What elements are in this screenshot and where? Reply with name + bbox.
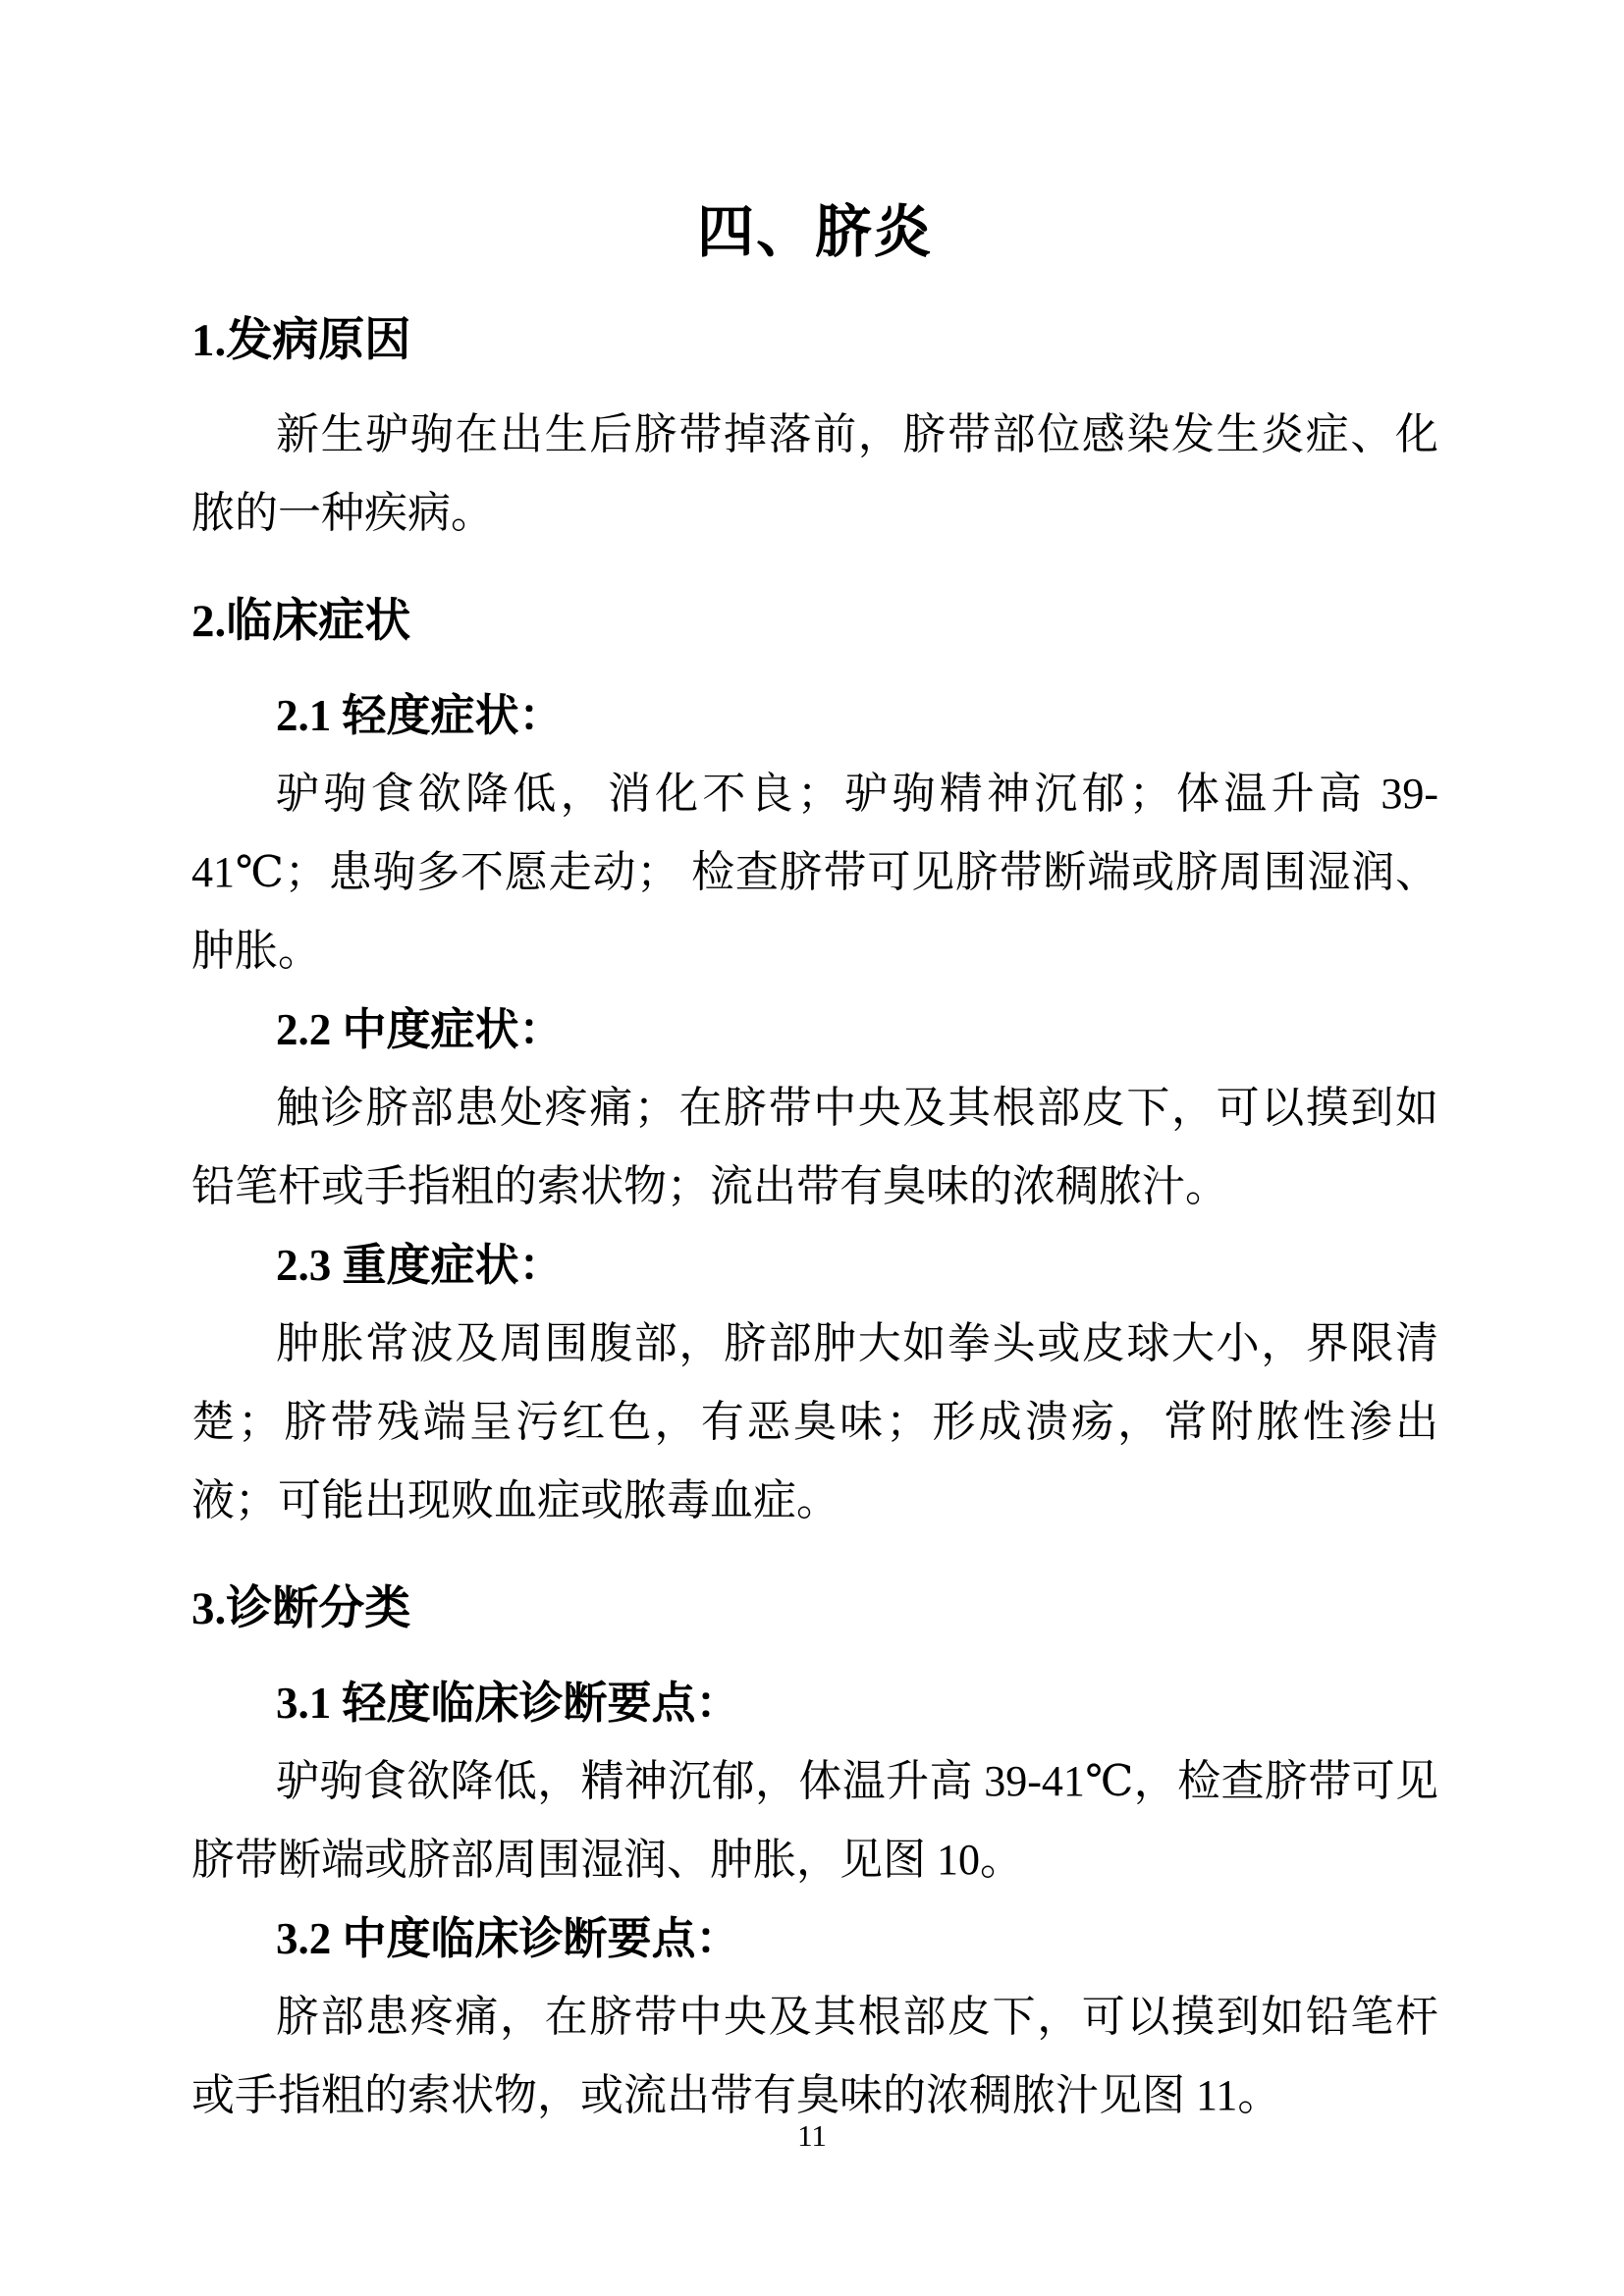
- paragraph-3-2: 脐部患疼痛，在脐带中央及其根部皮下，可以摸到如铅笔杆或手指粗的索状物，或流出带有…: [191, 1978, 1438, 2135]
- page-number: 11: [0, 2118, 1624, 2154]
- subheading-3-1: 3.1 轻度临床诊断要点：: [191, 1664, 1438, 1742]
- document-content: 四、脐炎 1.发病原因 新生驴驹在出生后脐带掉落前，脐带部位感染发生炎症、化脓的…: [191, 0, 1438, 2135]
- paragraph-3-1: 驴驹食欲降低，精神沉郁，体温升高 39-41℃，检查脐带可见脐带断端或脐部周围湿…: [191, 1742, 1438, 1899]
- paragraph-2-1: 驴驹食欲降低，消化不良；驴驹精神沉郁；体温升高 39-41℃；患驹多不愿走动； …: [191, 755, 1438, 990]
- section-heading-3: 3.诊断分类: [191, 1570, 1438, 1648]
- section-heading-2: 2.临床症状: [191, 582, 1438, 661]
- subheading-3-2: 3.2 中度临床诊断要点：: [191, 1899, 1438, 1978]
- subheading-2-2: 2.2 中度症状：: [191, 990, 1438, 1069]
- section-1-paragraph: 新生驴驹在出生后脐带掉落前，脐带部位感染发生炎症、化脓的一种疾病。: [191, 396, 1438, 553]
- document-title: 四、脐炎: [191, 0, 1438, 272]
- paragraph-2-3: 肿胀常波及周围腹部，脐部肿大如拳头或皮球大小，界限清楚；脐带残端呈污红色，有恶臭…: [191, 1305, 1438, 1540]
- subheading-2-3: 2.3 重度症状：: [191, 1226, 1438, 1305]
- subheading-2-1: 2.1 轻度症状：: [191, 676, 1438, 755]
- paragraph-2-2: 触诊脐部患处疼痛；在脐带中央及其根部皮下，可以摸到如铅笔杆或手指粗的索状物；流出…: [191, 1069, 1438, 1226]
- document-page: 四、脐炎 1.发病原因 新生驴驹在出生后脐带掉落前，脐带部位感染发生炎症、化脓的…: [0, 0, 1624, 2296]
- section-heading-1: 1.发病原因: [191, 301, 1438, 380]
